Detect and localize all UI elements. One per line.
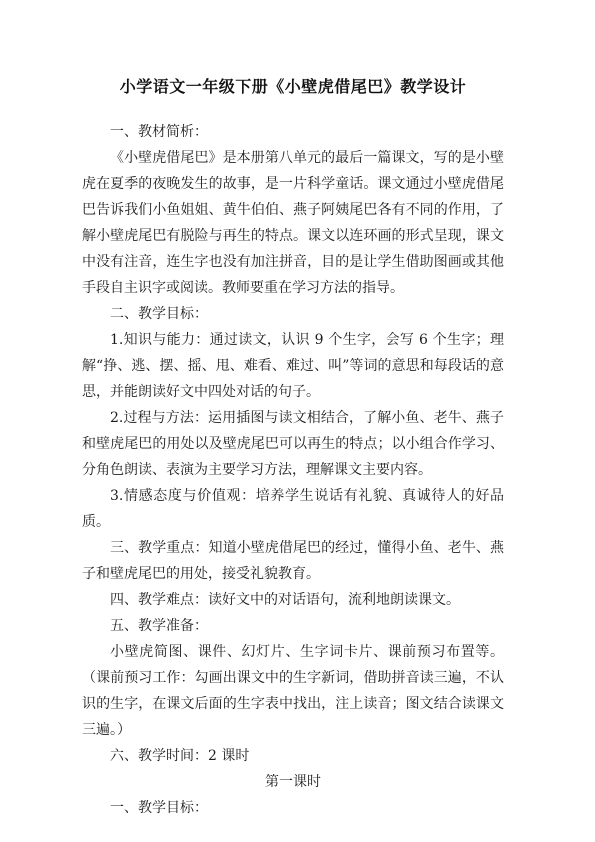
subtitle-first-lesson: 第一课时	[82, 769, 504, 795]
document-body: 一、教材简析： 《小壁虎借尾巴》是本册第八单元的最后一篇课文，写的是小壁虎在夏季…	[82, 119, 504, 821]
paragraph-objective-process-method: 2.过程与方法：运用插图与读文相结合，了解小鱼、老牛、燕子和壁虎尾巴的用处以及壁…	[82, 405, 504, 483]
paragraph-material-analysis: 《小壁虎借尾巴》是本册第八单元的最后一篇课文，写的是小壁虎在夏季的夜晚发生的故事…	[82, 145, 504, 301]
paragraph-preparation-details: 小壁虎简图、课件、幻灯片、生字词卡片、课前预习布置等。（课前预习工作：勾画出课文…	[82, 639, 504, 743]
section-heading-teaching-preparation: 五、教学准备：	[82, 613, 504, 639]
paragraph-teaching-difficulty: 四、教学难点：读好文中的对话语句，流利地朗读课文。	[82, 587, 504, 613]
document-title: 小学语文一年级下册《小壁虎借尾巴》教学设计	[82, 74, 504, 100]
paragraph-teaching-time: 六、教学时间：2 课时	[82, 743, 504, 769]
section-heading-material-analysis: 一、教材简析：	[82, 119, 504, 145]
document-page: 小学语文一年级下册《小壁虎借尾巴》教学设计 一、教材简析： 《小壁虎借尾巴》是本…	[0, 0, 595, 842]
paragraph-objective-knowledge-ability: 1.知识与能力：通过读文，认识 9 个生字，会写 6 个生字；理解“挣、逃、摆、…	[82, 327, 504, 405]
section-heading-lesson-objectives: 一、教学目标：	[82, 795, 504, 821]
paragraph-objective-emotion-values: 3.情感态度与价值观：培养学生说话有礼貌、真诚待人的好品质。	[82, 483, 504, 535]
section-heading-teaching-objectives: 二、教学目标：	[82, 301, 504, 327]
paragraph-teaching-focus: 三、教学重点：知道小壁虎借尾巴的经过，懂得小鱼、老牛、燕子和壁虎尾巴的用处，接受…	[82, 535, 504, 587]
